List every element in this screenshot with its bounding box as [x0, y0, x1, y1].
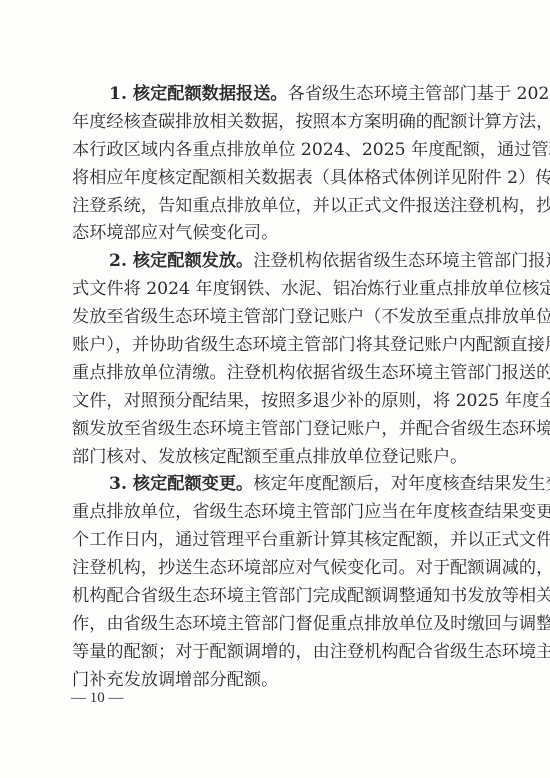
document-body: 1. 核定配额数据报送。各省级生态环境主管部门基于 2024、2025 年度经核…: [72, 81, 479, 695]
text-line: 门补充发放调增部分配额。: [72, 667, 479, 695]
text-line: 注登系统，告知重点排放单位，并以正式文件报送注登机构，抄送生: [72, 193, 479, 221]
page-number: — 10 —: [71, 690, 124, 707]
text-line: 将相应年度核定配额相关数据表（具体格式体例详见附件 2）传输至: [72, 165, 479, 193]
text-line: 年度经核查碳排放相关数据，按照本方案明确的配额计算方法，核定: [72, 109, 479, 137]
text-line: 注登机构，抄送生态环境部应对气候变化司。对于配额调减的，注登: [72, 555, 479, 583]
text-line: 作，由省级生态环境主管部门督促重点排放单位及时缴回与调整数量: [72, 611, 479, 639]
text-line: 重点排放单位，省级生态环境主管部门应当在年度核查结果变更后 5: [72, 499, 479, 527]
paragraph-3-line-1: 3. 核定配额变更。核定年度配额后，对年度核查结果发生变更的: [72, 471, 479, 499]
text-line: 文件，对照预分配结果，按照多退少补的原则，将 2025 年度全部配: [72, 388, 479, 416]
paragraph-3-heading: 3. 核定配额变更。: [109, 474, 253, 494]
text-line: 发放至省级生态环境主管部门登记账户（不发放至重点排放单位登记: [72, 304, 479, 332]
text-line: 个工作日内，通过管理平台重新计算其核定配额，并以正式文件报送: [72, 527, 479, 555]
text-line: 态环境部应对气候变化司。: [72, 220, 479, 248]
paragraph-2-heading: 2. 核定配额发放。: [109, 251, 253, 271]
paragraph-1-line-1: 1. 核定配额数据报送。各省级生态环境主管部门基于 2024、2025: [72, 81, 479, 109]
text-line: 部门核对、发放核定配额至重点排放单位登记账户。: [72, 444, 479, 472]
paragraph-1-heading: 1. 核定配额数据报送。: [109, 84, 288, 104]
text-line: 等量的配额；对于配额调增的，由注登机构配合省级生态环境主管部: [72, 639, 479, 667]
text-line: 账户），并协助省级生态环境主管部门将其登记账户内配额直接用于: [72, 332, 479, 360]
text-line: 重点排放单位清缴。注登机构依据省级生态环境主管部门报送的正式: [72, 360, 479, 388]
text-line: 式文件将 2024 年度钢铁、水泥、铝冶炼行业重点排放单位核定配额: [72, 276, 479, 304]
text-line: 额发放至省级生态环境主管部门登记账户，并配合省级生态环境主管: [72, 416, 479, 444]
text-line: 机构配合省级生态环境主管部门完成配额调整通知书发放等相关操: [72, 583, 479, 611]
text-line: 本行政区域内各重点排放单位 2024、2025 年度配额，通过管理平台: [72, 137, 479, 165]
paragraph-2-line-1: 2. 核定配额发放。注登机构依据省级生态环境主管部门报送的正: [72, 248, 479, 276]
